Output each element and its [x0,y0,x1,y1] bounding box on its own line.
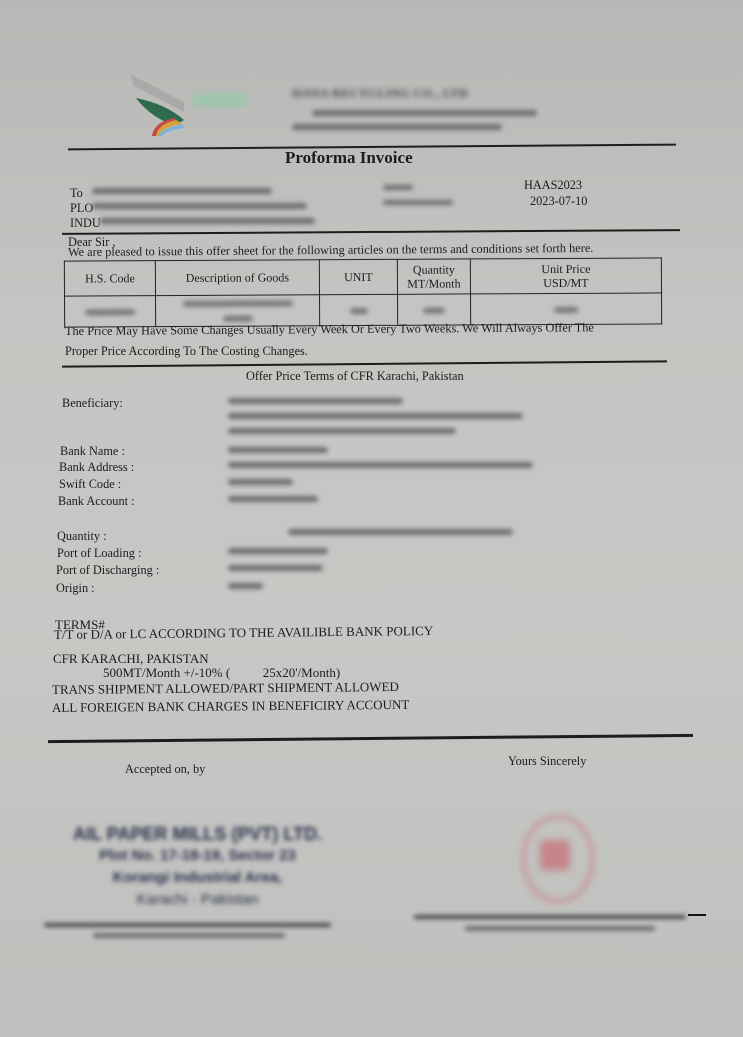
origin-label: Origin : [56,581,95,596]
price-note-divider [62,360,667,367]
buyer-signature-line [44,923,331,927]
swift-code-value [228,479,293,485]
intro-text: We are pleased to issue this offer sheet… [68,241,593,260]
goods-table-header-row: H.S. Code Description of Goods UNIT Quan… [64,258,661,296]
terms-line-quantity: 500MT/Month +/-10% ( 25x20'/Month) [103,665,340,681]
port-of-loading-value [228,548,328,554]
company-name: HANA RECYCLING CO., LTD [292,86,468,101]
buyer-stamp-line1: AIL PAPER MILLS (PVT) LTD. [55,823,340,845]
bank-account-value [228,496,318,502]
beneficiary-value-line3 [228,428,456,434]
to-value [92,188,272,194]
port-of-discharging-value [228,565,323,571]
header-description: Description of Goods [186,270,289,285]
page-title: Proforma Invoice [285,148,413,168]
to-label: To [70,186,83,201]
header-unit-price: Unit Price [541,262,590,276]
col-description: Description of Goods [155,260,319,296]
col-unit-price: Unit PriceUSD/MT [470,258,661,294]
terms-line-bank-charges: ALL FOREIGEN BANK CHARGES IN BENEFICIRY … [52,697,409,716]
header-quantity: Quantity [413,263,455,277]
terms-line-shipment: TRANS SHIPMENT ALLOWED/PART SHIPMENT ALL… [52,679,399,698]
terms-line-payment: T/T or D/A or LC ACCORDING TO THE AVAILI… [54,623,433,643]
logo-wordmark [192,93,247,107]
buyer-stamp-line3: Korangi Industrial Area, [55,867,340,889]
port-of-loading-label: Port of Loading : [57,546,141,561]
address-line2-label: PLO [70,201,93,216]
beneficiary-value-line2 [228,413,523,419]
buyer-stamp-line2: Plot No. 17-18-19, Sector 23 [55,845,340,867]
ref-label [383,185,413,190]
goods-table: H.S. Code Description of Goods UNIT Quan… [64,257,662,327]
company-logo-icon [126,70,192,140]
quantity-value [288,529,513,535]
bank-account-label: Bank Account : [58,494,135,509]
bank-name-label: Bank Name : [60,444,125,459]
addressee-divider [62,229,680,235]
col-quantity: QuantityMT/Month [397,259,470,294]
address-line3-label: INDU [70,216,101,231]
seller-seal-mark [540,840,570,870]
signature-line-end-mark [688,914,706,916]
invoice-date: 2023-07-10 [530,194,587,209]
col-unit: UNIT [319,259,397,294]
header-quantity-unit: MT/Month [407,276,460,290]
buyer-company-stamp: AIL PAPER MILLS (PVT) LTD. Plot No. 17-1… [55,823,340,911]
seller-signature-line [414,915,686,919]
address-line3-value [100,218,315,224]
swift-code-label: Swift Code : [59,477,121,492]
header-unit-price-currency: USD/MT [543,276,588,290]
seller-name [465,926,655,931]
cell-hs-code [65,296,156,327]
col-hs-code: H.S. Code [64,261,155,296]
accepted-label: Accepted on, by [125,762,205,777]
bank-name-value [228,447,328,453]
header-unit: UNIT [344,270,373,284]
company-address-line1 [312,110,537,116]
offer-terms-heading: Offer Price Terms of CFR Karachi, Pakist… [246,369,464,384]
bank-address-label: Bank Address : [59,460,134,475]
reference-number: HAAS2023 [524,178,582,193]
terms-divider [48,734,693,743]
price-note-line1: The Price May Have Some Changes Usually … [65,320,594,339]
header-hs-code: H.S. Code [85,271,135,285]
buyer-name [93,933,285,938]
address-line2-value [92,203,307,209]
quantity-label: Quantity : [57,529,107,544]
origin-value [228,583,263,589]
beneficiary-value-line1 [228,398,403,404]
sincerely-label: Yours Sincerely [508,754,586,769]
port-of-discharging-label: Port of Discharging : [56,563,159,578]
bank-address-value [228,462,533,468]
buyer-stamp-line4: Karachi - Pakistan [55,889,340,911]
beneficiary-label: Beneficiary: [62,396,123,411]
company-address-line2 [292,124,502,130]
price-note-line2: Proper Price According To The Costing Ch… [65,344,308,359]
date-label [383,200,453,205]
